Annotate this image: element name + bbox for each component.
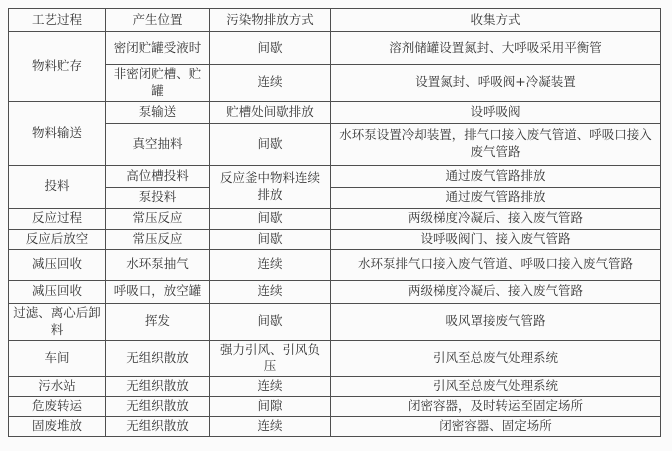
table-cell: 贮槽处间歇排放 [210, 101, 331, 123]
table-header-row: 工艺过程 产生位置 污染物排放方式 收集方式 [9, 9, 661, 32]
table-row: 车间无组织散放强力引风、引风负压引风至总废气处理系统 [9, 340, 661, 377]
table-cell: 设呼吸阀 [331, 101, 661, 123]
table-row: 污水站无组织散放连续引风至总废气处理系统 [9, 377, 661, 397]
table-cell: 呼吸口，放空罐 [106, 280, 210, 303]
table-cell: 真空抽料 [106, 123, 210, 165]
table-row: 反应过程常压反应间歇两级梯度冷凝后、接入废气管路 [9, 208, 661, 229]
table-row: 减压回收呼吸口，放空罐连续两级梯度冷凝后、接入废气管路 [9, 280, 661, 303]
table-cell: 车间 [9, 340, 106, 377]
table-cell: 两级梯度冷凝后、接入废气管路 [331, 280, 661, 303]
table-cell: 物料输送 [9, 101, 106, 165]
table-cell: 两级梯度冷凝后、接入废气管路 [331, 208, 661, 229]
table-cell: 无组织散放 [106, 417, 210, 437]
table-cell: 反应釜中物料连续排放 [210, 165, 331, 208]
table-row: 固废堆放无组织散放连续闭密容器、固定场所 [9, 417, 661, 437]
table-cell: 溶剂储罐设置氮封、大呼吸采用平衡管 [331, 32, 661, 65]
table-cell: 无组织散放 [106, 340, 210, 377]
table-cell: 污水站 [9, 377, 106, 397]
table-cell: 减压回收 [9, 249, 106, 280]
table-cell: 吸风罩接废气管路 [331, 303, 661, 340]
header-collection-method-column: 收集方式 [331, 9, 661, 32]
table-cell: 连续 [210, 65, 331, 102]
table-cell: 固废堆放 [9, 417, 106, 437]
table-cell: 物料贮存 [9, 32, 106, 102]
table-row: 非密闭贮槽、贮罐连续设置氮封、呼吸阀+冷凝装置 [9, 65, 661, 102]
table-cell: 无组织散放 [106, 377, 210, 397]
table-cell: 通过废气管路排放 [331, 187, 661, 208]
table-cell: 间歇 [210, 303, 331, 340]
table-cell: 间歇 [210, 32, 331, 65]
table-row: 过滤、离心后卸料挥发间歇吸风罩接废气管路 [9, 303, 661, 340]
table-cell: 间歇 [210, 123, 331, 165]
table-cell: 强力引风、引风负压 [210, 340, 331, 377]
table-cell: 设置氮封、呼吸阀+冷凝装置 [331, 65, 661, 102]
header-process-column: 工艺过程 [9, 9, 106, 32]
table-body: 物料贮存密闭贮罐受液时间歇溶剂储罐设置氮封、大呼吸采用平衡管非密闭贮槽、贮罐连续… [9, 32, 661, 437]
table-cell: 连续 [210, 249, 331, 280]
table-cell: 常压反应 [106, 208, 210, 229]
table-cell: 间歇 [210, 229, 331, 249]
table-cell: 非密闭贮槽、贮罐 [106, 65, 210, 102]
table-cell: 水环泵排气口接入废气管道、呼吸口接入废气管路 [331, 249, 661, 280]
table-cell: 泵输送 [106, 101, 210, 123]
table-cell: 引风至总废气处理系统 [331, 340, 661, 377]
table-cell: 密闭贮罐受液时 [106, 32, 210, 65]
table-cell: 连续 [210, 280, 331, 303]
table-cell: 危废转运 [9, 397, 106, 417]
header-location-column: 产生位置 [106, 9, 210, 32]
table-cell: 设呼吸阀门、接入废气管路 [331, 229, 661, 249]
document-page: 工艺过程 产生位置 污染物排放方式 收集方式 物料贮存密闭贮罐受液时间歇溶剂储罐… [8, 8, 661, 437]
table-cell: 减压回收 [9, 280, 106, 303]
table-cell: 闭密容器、固定场所 [331, 417, 661, 437]
table-row: 物料输送泵输送贮槽处间歇排放设呼吸阀 [9, 101, 661, 123]
table-cell: 通过废气管路排放 [331, 165, 661, 187]
table-cell: 反应过程 [9, 208, 106, 229]
process-emission-collection-table: 工艺过程 产生位置 污染物排放方式 收集方式 物料贮存密闭贮罐受液时间歇溶剂储罐… [8, 8, 661, 437]
table-cell: 反应后放空 [9, 229, 106, 249]
table-cell: 闭密容器，及时转运至固定场所 [331, 397, 661, 417]
table-cell: 水环泵设置冷却装置，排气口接入废气管道、呼吸口接入废气管路 [331, 123, 661, 165]
table-cell: 间歇 [210, 208, 331, 229]
table-cell: 连续 [210, 377, 331, 397]
table-cell: 高位槽投料 [106, 165, 210, 187]
table-cell: 投料 [9, 165, 106, 208]
table-row: 减压回收水环泵抽气连续水环泵排气口接入废气管道、呼吸口接入废气管路 [9, 249, 661, 280]
table-row: 投料高位槽投料反应釜中物料连续排放通过废气管路排放 [9, 165, 661, 187]
table-cell: 无组织散放 [106, 397, 210, 417]
header-discharge-mode-column: 污染物排放方式 [210, 9, 331, 32]
table-cell: 过滤、离心后卸料 [9, 303, 106, 340]
table-row: 危废转运无组织散放间隙闭密容器，及时转运至固定场所 [9, 397, 661, 417]
table-row: 反应后放空常压反应间歇设呼吸阀门、接入废气管路 [9, 229, 661, 249]
table-cell: 常压反应 [106, 229, 210, 249]
table-row: 真空抽料间歇水环泵设置冷却装置，排气口接入废气管道、呼吸口接入废气管路 [9, 123, 661, 165]
table-cell: 水环泵抽气 [106, 249, 210, 280]
table-row: 物料贮存密闭贮罐受液时间歇溶剂储罐设置氮封、大呼吸采用平衡管 [9, 32, 661, 65]
table-cell: 连续 [210, 417, 331, 437]
table-row: 泵投料通过废气管路排放 [9, 187, 661, 208]
table-cell: 挥发 [106, 303, 210, 340]
table-cell: 间隙 [210, 397, 331, 417]
table-cell: 泵投料 [106, 187, 210, 208]
table-cell: 引风至总废气处理系统 [331, 377, 661, 397]
